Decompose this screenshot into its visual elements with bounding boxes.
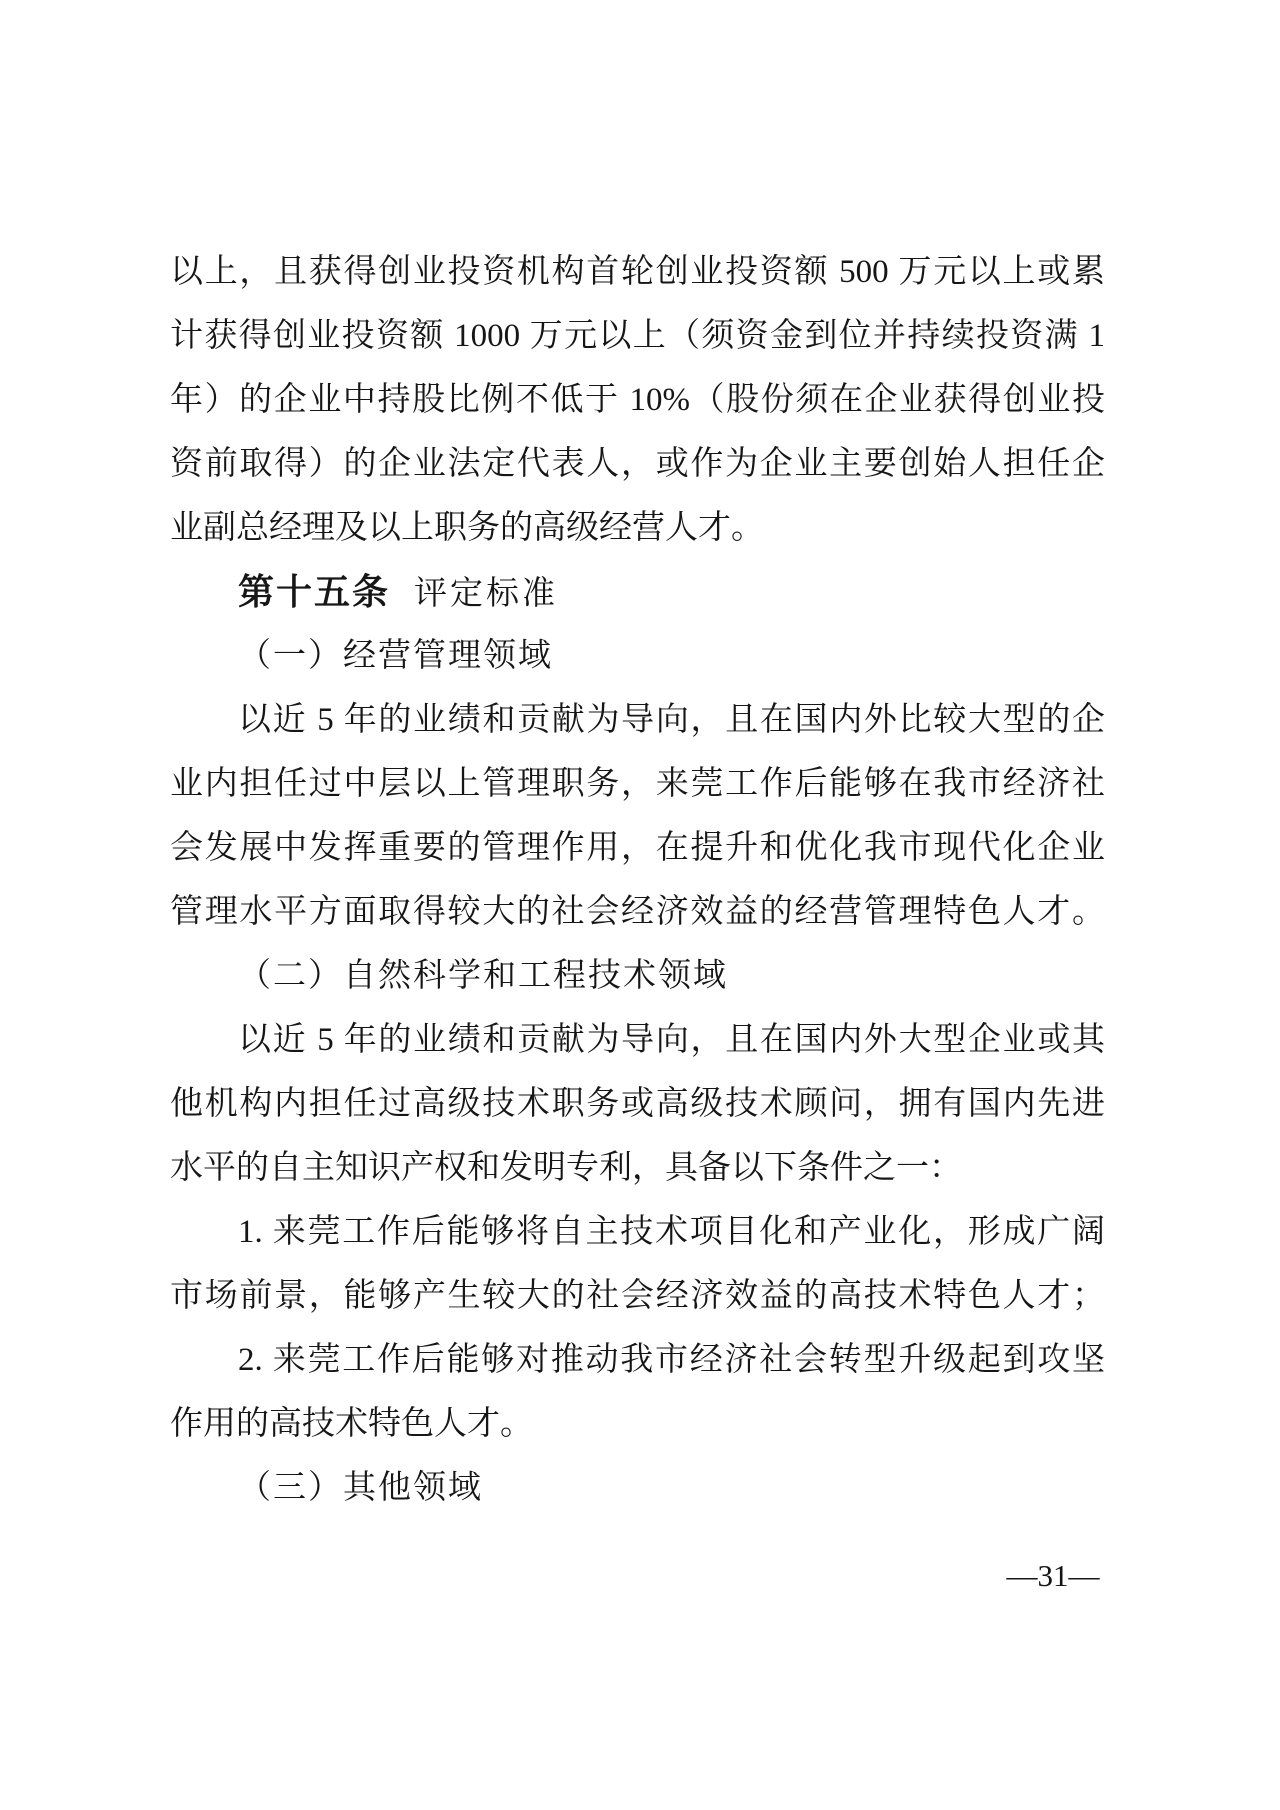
body-line: 作用的高技术特色人才。 bbox=[170, 1392, 1105, 1456]
body-line: 年）的企业中持股比例不低于 10%（股份须在企业获得创业投 bbox=[170, 368, 1105, 432]
page-number: —31— bbox=[998, 1556, 1108, 1596]
subheading-line: （二）自然科学和工程技术领域 bbox=[170, 944, 1105, 1008]
document-body: 以上，且获得创业投资机构首轮创业投资额 500 万元以上或累计获得创业投资额 1… bbox=[170, 240, 1105, 1520]
body-line: 会发展中发挥重要的管理作用，在提升和优化我市现代化企业 bbox=[170, 816, 1105, 880]
body-line: 管理水平方面取得较大的社会经济效益的经营管理特色人才。 bbox=[170, 880, 1105, 944]
body-line: 水平的自主知识产权和发明专利，具备以下条件之一： bbox=[170, 1136, 1105, 1200]
article-title: 评定标准 bbox=[414, 576, 558, 612]
body-line: 以近 5 年的业绩和贡献为导向，且在国内外大型企业或其 bbox=[170, 1008, 1105, 1072]
subheading-line: （三）其他领域 bbox=[170, 1456, 1105, 1520]
body-line: 以上，且获得创业投资机构首轮创业投资额 500 万元以上或累 bbox=[170, 240, 1105, 304]
body-line: 以近 5 年的业绩和贡献为导向，且在国内外比较大型的企 bbox=[170, 688, 1105, 752]
body-line: 业副总经理及以上职务的高级经营人才。 bbox=[170, 496, 1105, 560]
body-line: 计获得创业投资额 1000 万元以上（须资金到位并持续投资满 1 bbox=[170, 304, 1105, 368]
body-line: 资前取得）的企业法定代表人，或作为企业主要创始人担任企 bbox=[170, 432, 1105, 496]
numbered-item-line: 1. 来莞工作后能够将自主技术项目化和产业化，形成广阔 bbox=[170, 1200, 1105, 1264]
subheading-line: （一）经营管理领域 bbox=[170, 624, 1105, 688]
article-number: 第十五条 bbox=[238, 572, 390, 612]
numbered-item-line: 2. 来莞工作后能够对推动我市经济社会转型升级起到攻坚 bbox=[170, 1328, 1105, 1392]
body-line: 业内担任过中层以上管理职务，来莞工作后能够在我市经济社 bbox=[170, 752, 1105, 816]
article-heading: 第十五条评定标准 bbox=[170, 560, 1105, 624]
body-line: 市场前景，能够产生较大的社会经济效益的高技术特色人才； bbox=[170, 1264, 1105, 1328]
body-line: 他机构内担任过高级技术职务或高级技术顾问，拥有国内先进 bbox=[170, 1072, 1105, 1136]
document-page: 以上，且获得创业投资机构首轮创业投资额 500 万元以上或累计获得创业投资额 1… bbox=[0, 0, 1280, 1810]
